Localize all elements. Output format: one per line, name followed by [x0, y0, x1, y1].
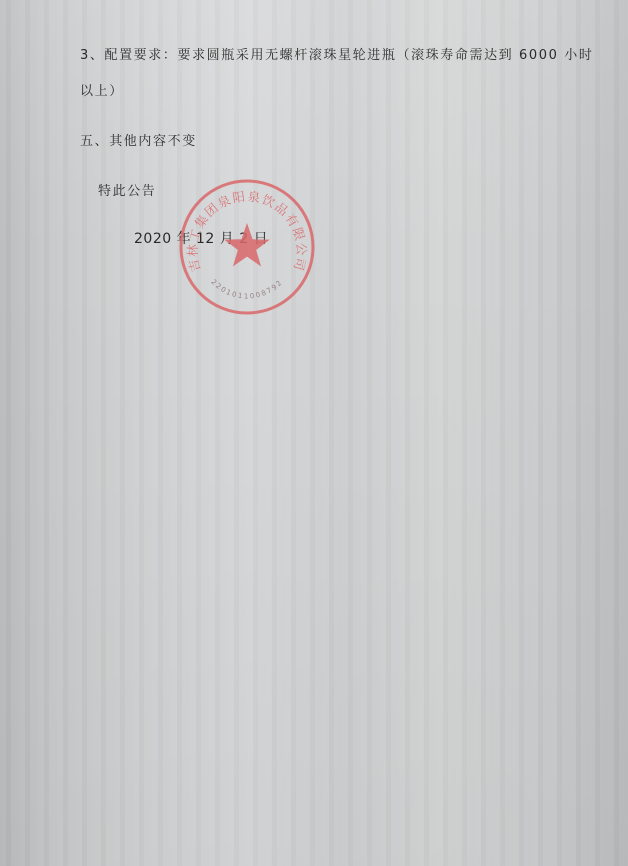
official-seal: 吉林工集团泉阳泉饮品有限公司 2201011008792	[177, 177, 317, 317]
requirement-item-3: 3、配置要求：要求圆瓶采用无螺杆滚珠星轮进瓶（滚珠寿命需达到 6000 小时	[80, 44, 593, 63]
section-5-heading: 五、其他内容不变	[80, 130, 197, 149]
seal-code: 2201011008792	[209, 278, 284, 301]
closing-statement: 特此公告	[98, 180, 156, 199]
requirement-item-3-continued: 以上）	[80, 80, 124, 99]
star-icon	[224, 223, 270, 267]
